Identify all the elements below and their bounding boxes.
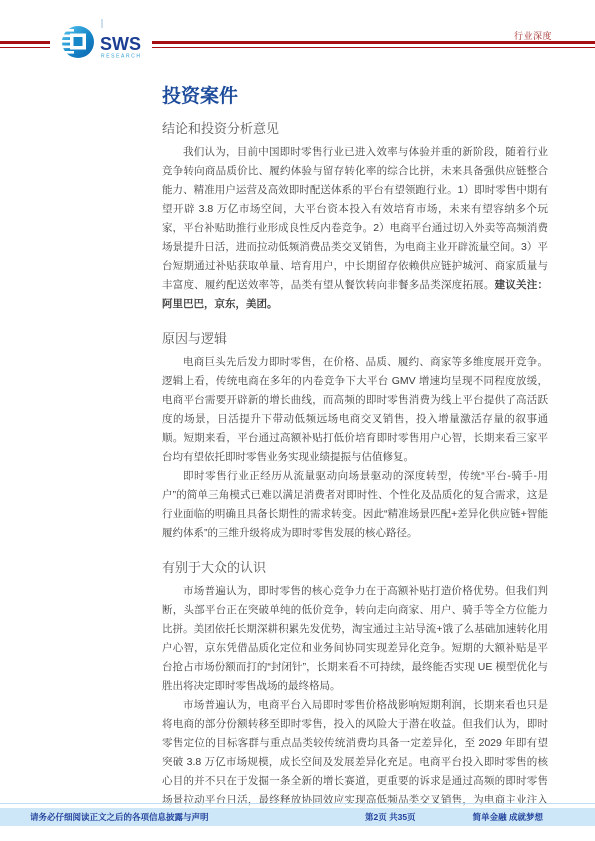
footer-bar: 请务必仔细阅读正文之后的各项信息披露与声明 第2页 共35页 简单金融 成就梦想 (0, 808, 595, 826)
report-page: SWS RESEARCH 行业深度 投资案件 结论和投资分析意见 我们认为，目前… (0, 0, 595, 841)
paragraph-logic-2: 即时零售行业正经历从流量驱动向场景驱动的深度转型，传统“平台-骑手-用户”的简单… (162, 467, 548, 543)
sws-logo: SWS RESEARCH (56, 18, 156, 60)
page-title: 投资案件 (162, 84, 548, 110)
header-rule-left (0, 41, 50, 48)
section-heading-conclusion: 结论和投资分析意见 (162, 120, 548, 138)
logo-subtext: RESEARCH (101, 54, 142, 60)
footer-slogan: 简单金融 成就梦想 (473, 811, 543, 823)
globe-icon (56, 19, 102, 58)
section-heading-contrarian: 有别于大众的认识 (162, 559, 548, 577)
paragraph-conclusion: 我们认为，目前中国即时零售行业已进入效率与体验并重的新阶段，随着行业竞争转向商品… (162, 143, 548, 314)
footer-page-number: 第2页 共35页 (365, 811, 416, 823)
paragraph-contrarian-1: 市场普遍认为，即时零售的核心竞争力在于高额补贴打造价格优势。但我们判断，头部平台… (162, 582, 548, 696)
logo-wordmark: SWS (100, 34, 141, 54)
paragraph-logic-1: 电商巨头先后发力即时零售，在价格、品质、履约、商家等多维度展开竞争。逻辑上看，传… (162, 353, 548, 467)
footer-disclaimer: 请务必仔细阅读正文之后的各项信息披露与声明 (30, 811, 209, 823)
header-rule-right (152, 41, 595, 48)
paragraph-text: 我们认为，目前中国即时零售行业已进入效率与体验并重的新阶段，随着行业竞争转向商品… (162, 146, 548, 291)
footer-divider (0, 803, 595, 804)
report-body: 投资案件 结论和投资分析意见 我们认为，目前中国即时零售行业已进入效率与体验并重… (162, 84, 548, 829)
section-heading-logic: 原因与逻辑 (162, 330, 548, 348)
